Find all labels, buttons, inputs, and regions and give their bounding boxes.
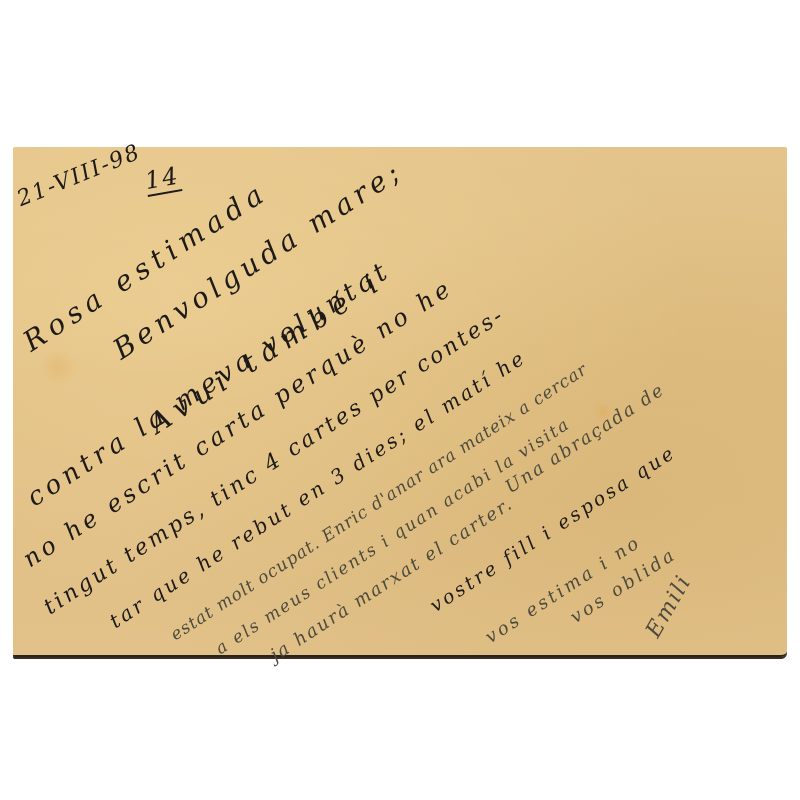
postcard: 21-VIII-98 14 Rosa estimada Benvolguda m… [13,147,787,657]
number-mark: 14 [143,161,182,197]
date: 21-VIII-98 [14,140,145,212]
